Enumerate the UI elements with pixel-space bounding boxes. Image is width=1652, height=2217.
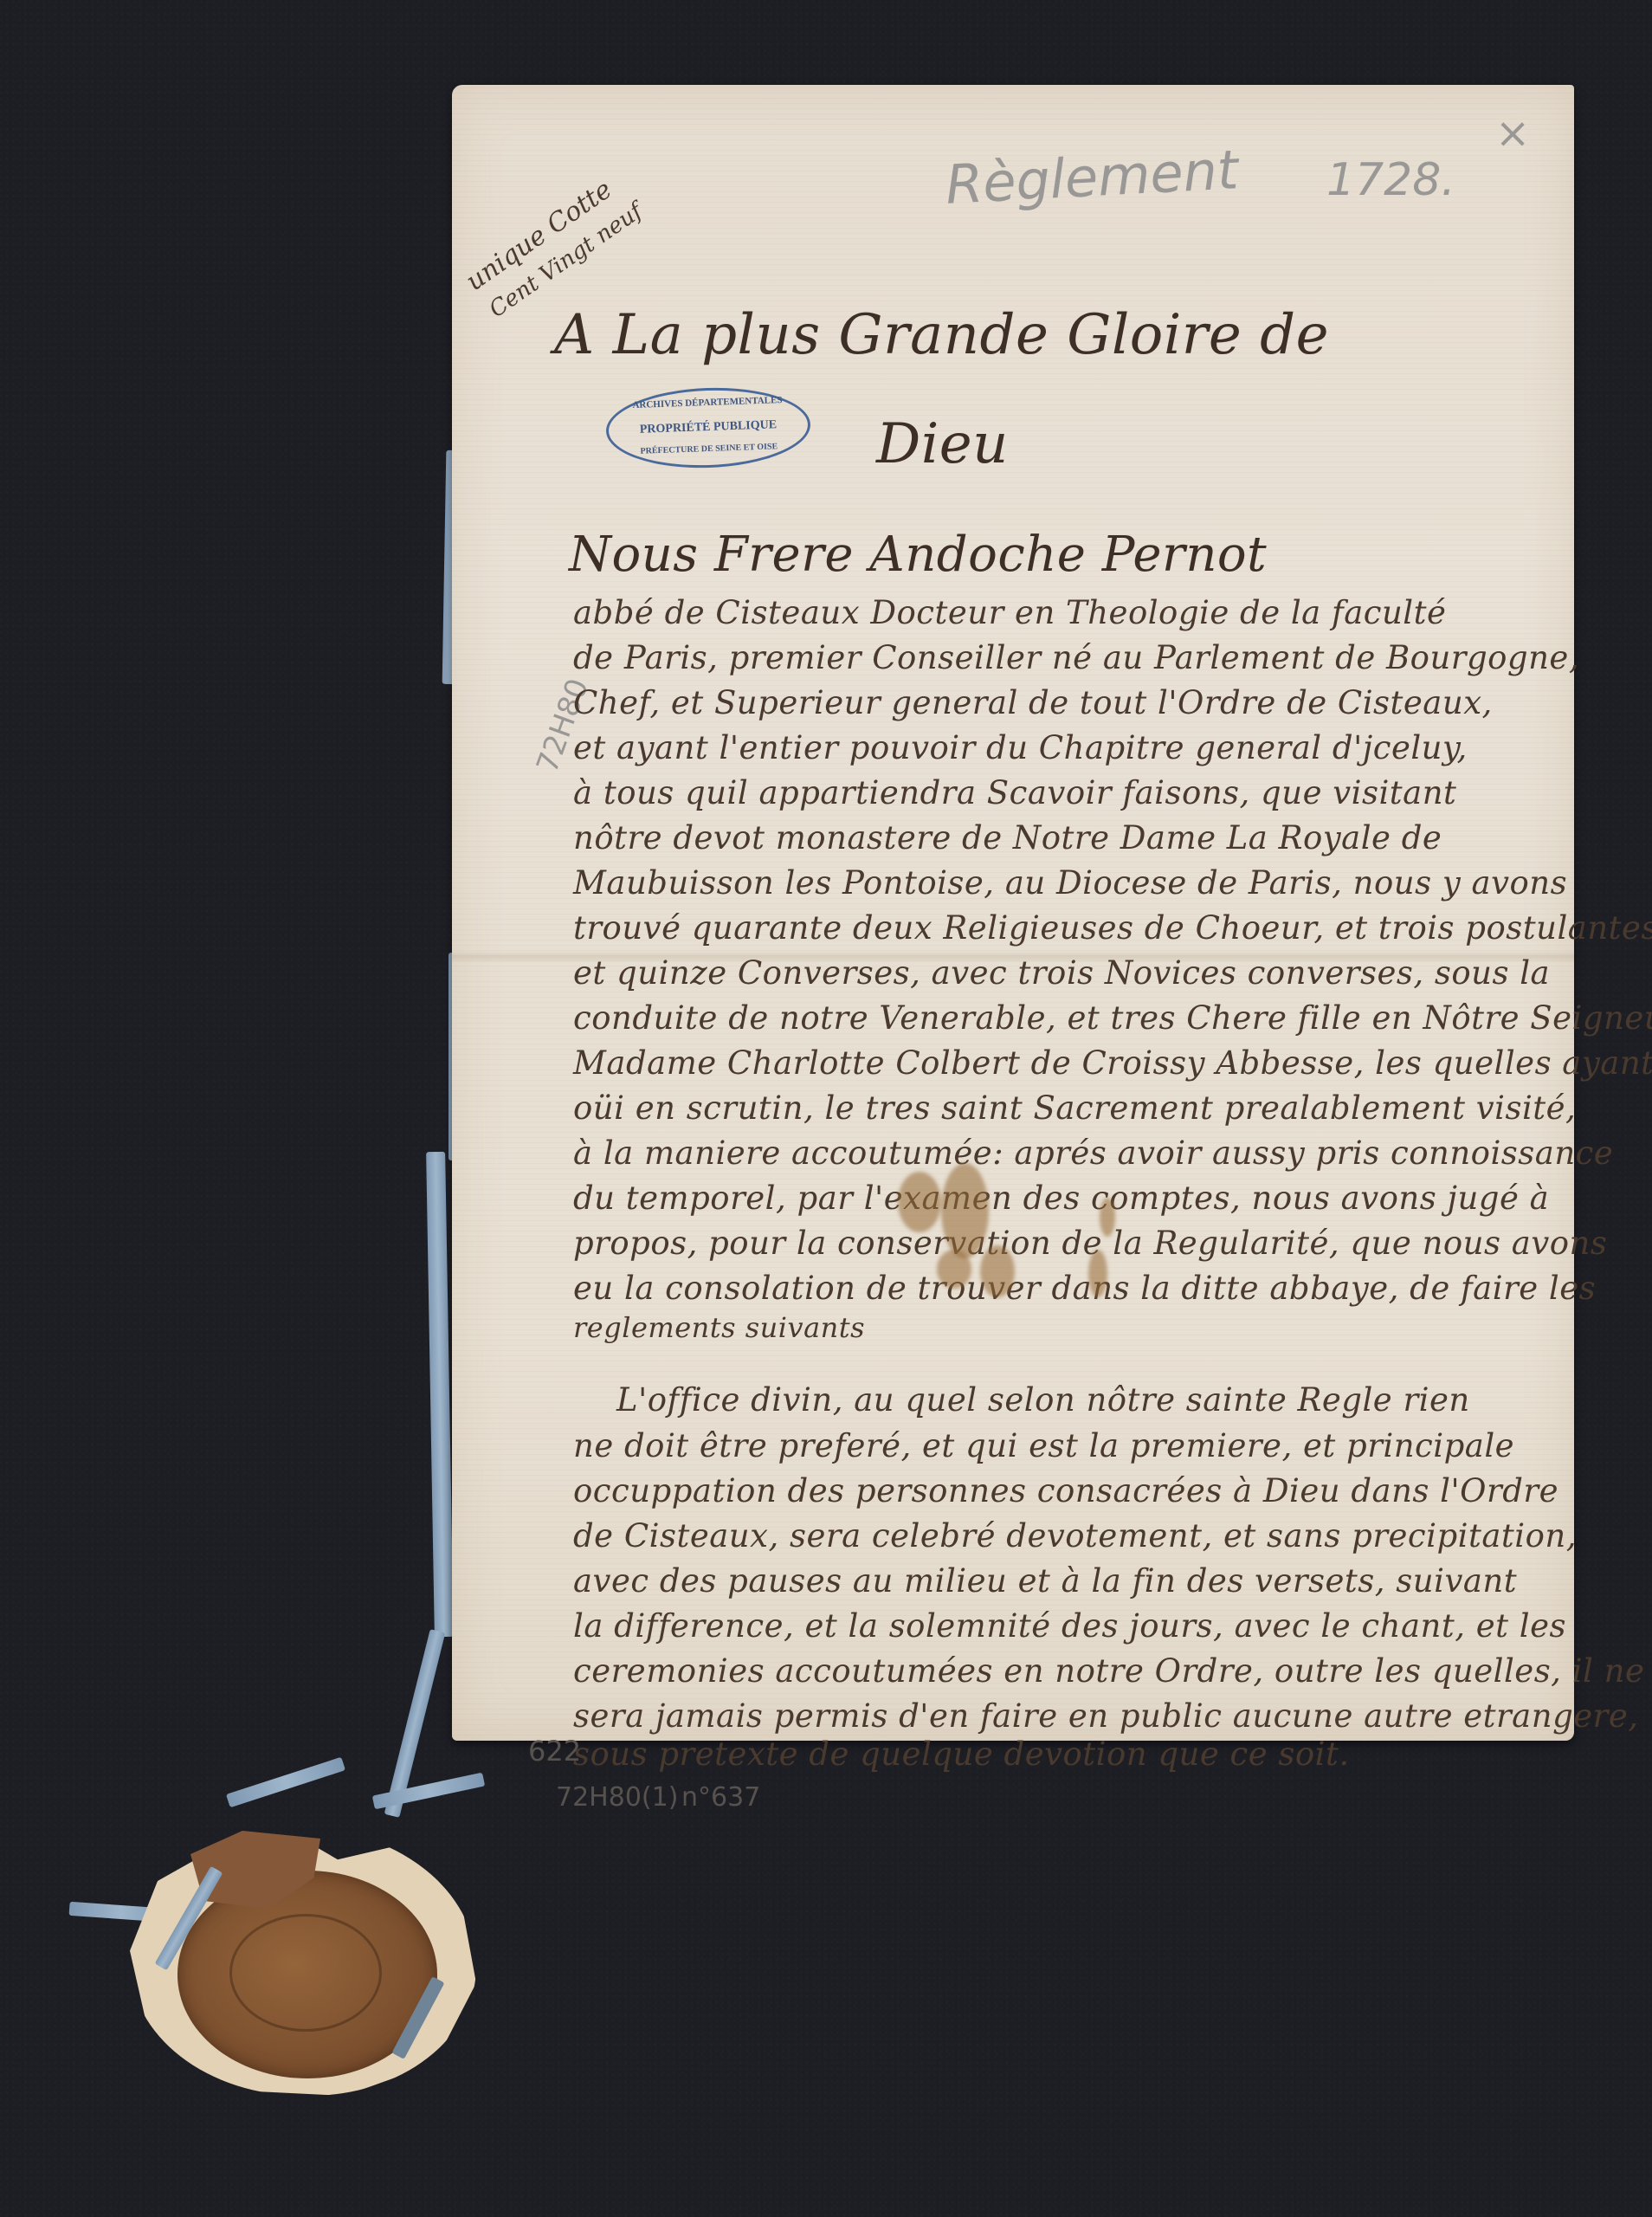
p1-line-9: et quinze Converses, avec trois Novices … [573,954,1550,992]
p2-line-5: avec des pauses au milieu et à la fin de… [573,1562,1517,1600]
ink-stain [1088,1250,1107,1297]
pencil-heading-year: 1728. [1326,154,1455,206]
stamp-bottom-text: PRÉFECTURE DE SEINE ET OISE [610,441,809,457]
stamp-top-text: ARCHIVES DÉPARTEMENTALES [608,394,807,411]
p2-line-2: ne doit être preferé, et qui est la prem… [573,1427,1514,1464]
stamp-middle-text: PROPRIÉTÉ PUBLIQUE [609,417,808,438]
p2-line-7: ceremonies accoutumées en notre Ordre, o… [573,1652,1644,1690]
p1-line-4: et ayant l'entier pouvoir du Chapitre ge… [573,729,1468,766]
p1-line-14: du temporel, par l'examen des comptes, n… [573,1180,1549,1217]
ink-stain [980,1245,1015,1297]
manuscript-page: Règlement 1728. × unique Cotte Cent Ving… [452,85,1574,1741]
p1-line-2: de Paris, premier Conseiller né au Parle… [573,639,1579,676]
p1-line-8: trouvé quarante deux Religieuses de Choe… [573,909,1652,947]
ribbon-lower [426,1152,454,1637]
bottom-note-item: n°637 [681,1782,760,1813]
ink-stain [898,1172,941,1232]
opening-line: Nous Frere Andoche Pernot [569,527,1267,583]
bottom-note-cote: 72H80(1) [556,1782,678,1813]
p2-line-1: L'office divin, au quel selon nôtre sain… [616,1381,1470,1419]
p1-line-10: conduite de notre Venerable, et tres Che… [573,999,1652,1037]
p2-line-3: occuppation des personnes consacrées à D… [573,1472,1558,1509]
p1-line-12: oüi en scrutin, le tres saint Sacrement … [573,1089,1576,1127]
p1-line-13: à la maniere accoutumée: aprés avoir aus… [573,1134,1613,1172]
ribbon-tie-left [226,1757,345,1807]
archives-stamp: ARCHIVES DÉPARTEMENTALES PROPRIÉTÉ PUBLI… [604,385,811,471]
p1-line-6: nôtre devot monastere de Notre Dame La R… [573,819,1442,856]
p1-line-5: à tous quil appartiendra Scavoir faisons… [573,774,1456,811]
title-line-2: Dieu [876,412,1009,476]
title-line-1: A La plus Grande Gloire de [554,303,1329,367]
p2-line-4: de Cisteaux, sera celebré devotement, et… [573,1517,1577,1554]
wax-seal [130,1810,476,2096]
p1-line-3: Chef, et Superieur general de tout l'Ord… [573,684,1493,721]
ink-stain [941,1163,989,1258]
p1-line-11: Madame Charlotte Colbert de Croissy Abbe… [573,1044,1652,1082]
p2-line-9: sous pretexte de quelque devotion que ce… [573,1735,1350,1773]
pencil-heading-title: Règlement [944,138,1239,217]
ink-stain [1100,1198,1115,1237]
p1-line-16: eu la consolation de trouver dans la dit… [573,1270,1596,1307]
p1-line-17: reglements suivants [573,1311,865,1344]
p1-line-7: Maubuisson les Pontoise, au Diocese de P… [573,864,1567,902]
pencil-corner-mark: × [1495,109,1530,158]
bottom-note-number: 622 [528,1735,581,1768]
p2-line-8: sera jamais permis d'en faire en public … [573,1697,1639,1735]
p1-line-1: abbé de Cisteaux Docteur en Theologie de… [573,594,1446,631]
ink-stain [937,1250,971,1289]
p2-line-6: la difference, et la solemnité des jours… [573,1607,1566,1645]
